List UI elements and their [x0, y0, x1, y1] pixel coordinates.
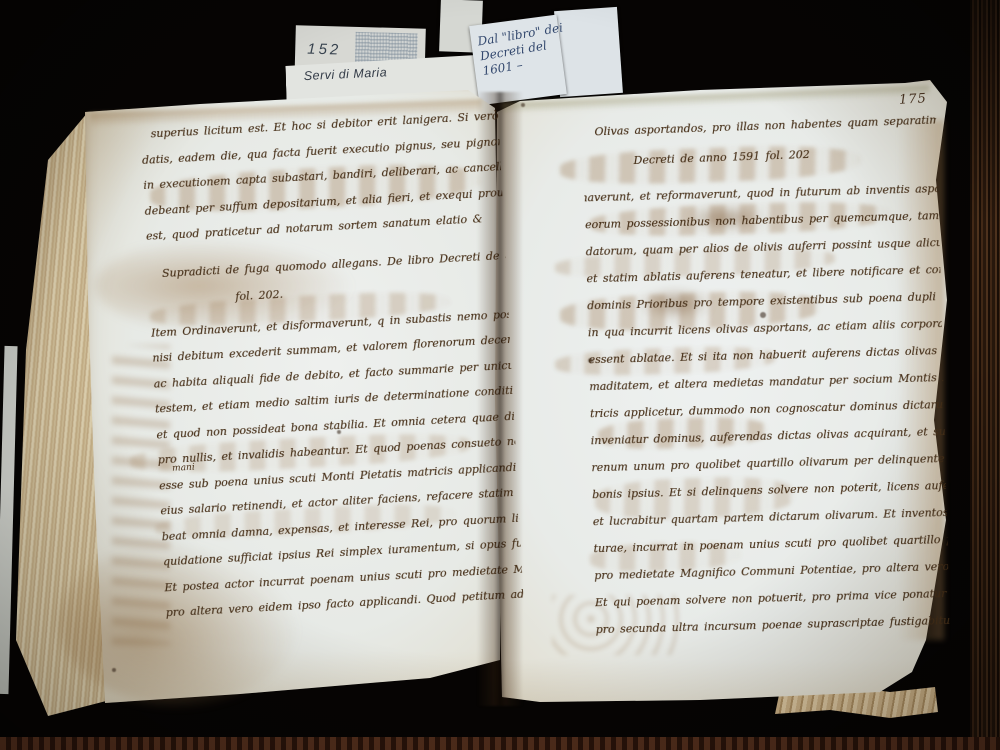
page-number: 175 [899, 92, 927, 106]
left-page-text-block: superius licitum est. Et hoc si debitor … [140, 103, 524, 626]
manuscript-photo: 152 Servi di Maria Dal "libro" dei Decre… [0, 0, 1000, 750]
wood-table-edge-bottom [0, 737, 1000, 750]
interlinear-insertion: mani [172, 464, 195, 474]
right-page-text-block: Item Ordinaverunt, et reformaverunt, quo… [522, 175, 950, 645]
paper-slip-left-edge [0, 346, 18, 694]
ink-spot [112, 668, 116, 672]
slip-servi-label: Servi di Maria [303, 66, 387, 82]
bookmark-card-decreti: Dal "libro" dei Decreti del 1601 – [469, 15, 567, 106]
slip-number-label: 152 [307, 42, 341, 58]
wood-table-edge-right [970, 0, 1000, 750]
ink-spot [521, 103, 525, 107]
